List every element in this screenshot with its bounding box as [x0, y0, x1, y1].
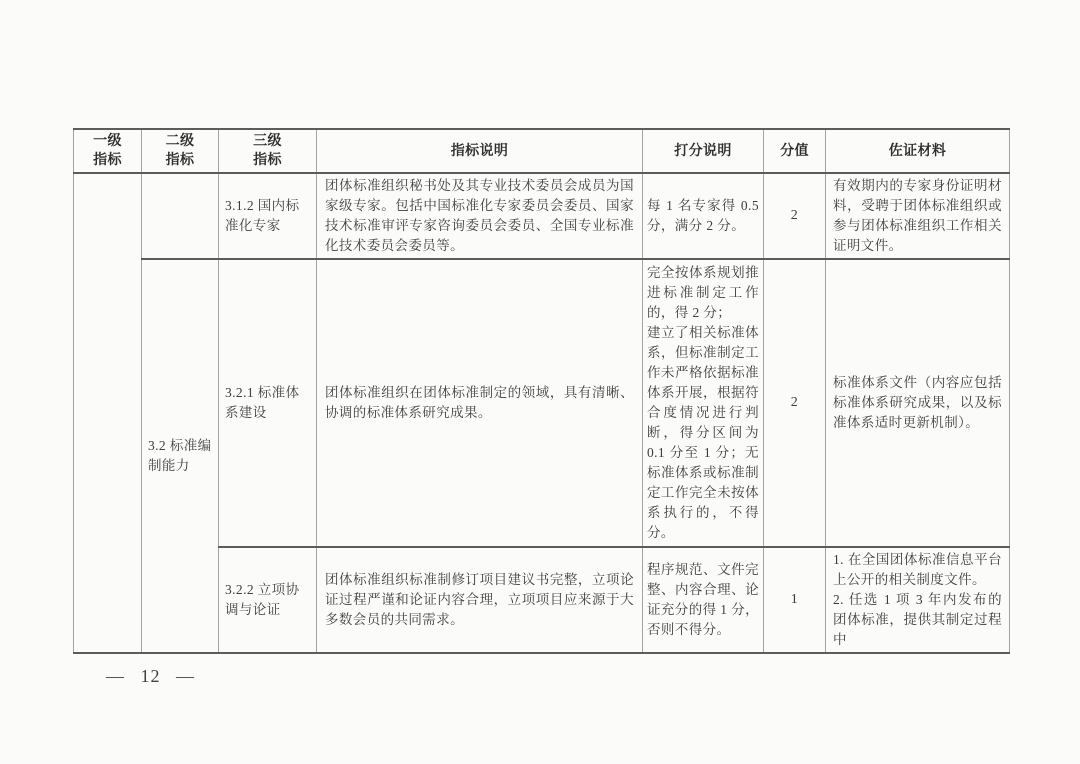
- cell-score-row3: 1: [764, 547, 826, 653]
- cell-level2-row2: 3.2 标准编制能力: [142, 259, 219, 653]
- cell-level2-row1: [142, 173, 219, 259]
- cell-level1-indicator: [74, 173, 142, 653]
- cell-indicator-description-row3: 团体标准组织标准制修订项目建议书完整，立项论证过程严谨和论证内容合理，立项项目应…: [317, 547, 643, 653]
- cell-level3-row1: 3.1.2 国内标准化专家: [219, 173, 317, 259]
- cell-indicator-description-row1: 团体标准组织秘书处及其专业技术委员会成员为国家级专家。包括中国标准化专家委员会委…: [317, 173, 643, 259]
- table-row: 3.1.2 国内标准化专家 团体标准组织秘书处及其专业技术委员会成员为国家级专家…: [74, 173, 1010, 259]
- header-indicator-description: 指标说明: [317, 129, 643, 173]
- cell-score-row1: 2: [764, 173, 826, 259]
- header-level1-indicator: 一级 指标: [74, 129, 142, 173]
- cell-evidence-materials-row3: 1. 在全国团体标准信息平台上公开的相关制度文件。 2. 任选 1 项 3 年内…: [826, 547, 1010, 653]
- table-row: 3.2 标准编制能力 3.2.1 标准体系建设 团体标准组织在团体标准制定的领域…: [74, 259, 1010, 547]
- header-scoring-description: 打分说明: [643, 129, 764, 173]
- header-score-value: 分值: [764, 129, 826, 173]
- table-header-row: 一级 指标 二级 指标 三级 指标 指标说明 打分说明 分值 佐证材料: [74, 129, 1010, 173]
- header-level2-indicator: 二级 指标: [142, 129, 219, 173]
- cell-level3-row2: 3.2.1 标准体系建设: [219, 259, 317, 547]
- cell-level3-row3: 3.2.2 立项协调与论证: [219, 547, 317, 653]
- cell-scoring-description-row3: 程序规范、文件完整、内容合理、论证充分的得 1 分，否则不得分。: [643, 547, 764, 653]
- cell-evidence-materials-row2: 标准体系文件（内容应包括标准体系研究成果，以及标准体系适时更新机制）。: [826, 259, 1010, 547]
- header-level3-indicator: 三级 指标: [219, 129, 317, 173]
- page-number: — 12 —: [106, 662, 195, 690]
- cell-scoring-description-row2: 完全按体系规划推进标准制定工作的，得 2 分； 建立了相关标准体系，但标准制定工…: [643, 259, 764, 547]
- cell-indicator-description-row2: 团体标准组织在团体标准制定的领域，具有清晰、协调的标准体系研究成果。: [317, 259, 643, 547]
- cell-scoring-description-row1: 每 1 名专家得 0.5 分，满分 2 分。: [643, 173, 764, 259]
- evaluation-indicator-table: 一级 指标 二级 指标 三级 指标 指标说明 打分说明 分值 佐证材料 3.1.…: [73, 128, 1010, 654]
- cell-evidence-materials-row1: 有效期内的专家身份证明材料，受聘于团体标准组织或参与团体标准组织工作相关证明文件…: [826, 173, 1010, 259]
- cell-score-row2: 2: [764, 259, 826, 547]
- header-evidence-materials: 佐证材料: [826, 129, 1010, 173]
